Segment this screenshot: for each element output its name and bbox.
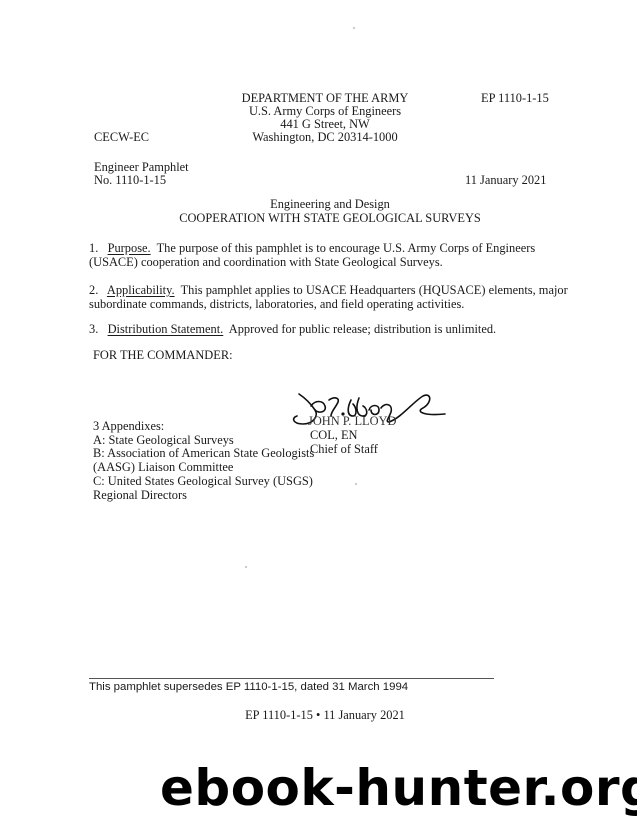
paragraph-purpose-line2: (USACE) cooperation and coordination wit… <box>89 255 443 269</box>
appendix-b-cont: (AASG) Liaison Committee <box>93 460 233 474</box>
agency-name: U.S. Army Corps of Engineers <box>200 104 450 118</box>
page-footer: EP 1110-1-15 • 11 January 2021 <box>200 708 450 722</box>
paragraph-heading: Purpose. <box>108 241 151 255</box>
paragraph-number: 3. <box>89 322 98 336</box>
paragraph-text: The purpose of this pamphlet is to encou… <box>157 241 536 255</box>
publication-date: 11 January 2021 <box>465 173 546 187</box>
paragraph-applicability-line2: subordinate commands, districts, laborat… <box>89 297 464 311</box>
department-name: DEPARTMENT OF THE ARMY <box>200 91 450 105</box>
pamphlet-label: Engineer Pamphlet <box>94 160 189 174</box>
paragraph-heading: Applicability. <box>107 283 175 297</box>
footer-rule <box>89 678 494 679</box>
paragraph-purpose: 1. Purpose. The purpose of this pamphlet… <box>89 241 535 255</box>
scan-speck <box>355 483 357 485</box>
paragraph-number: 2. <box>89 283 98 297</box>
watermark-text: ebook-hunter.org <box>160 758 637 818</box>
document-title: COOPERATION WITH STATE GEOLOGICAL SURVEY… <box>140 211 520 225</box>
scan-speck <box>245 566 247 568</box>
paragraph-heading: Distribution Statement. <box>108 322 224 336</box>
appendix-c-cont: Regional Directors <box>93 488 187 502</box>
scan-speck <box>353 27 355 29</box>
doc-number-header: EP 1110-1-15 <box>481 91 549 105</box>
signer-rank: COL, EN <box>310 428 358 442</box>
street-address: 441 G Street, NW <box>200 117 450 131</box>
signer-name: JOHN P. LLOYD <box>308 414 396 428</box>
subject-line: Engineering and Design <box>180 197 480 211</box>
paragraph-number: 1. <box>89 241 98 255</box>
appendix-a: A: State Geological Surveys <box>93 433 234 447</box>
signer-title: Chief of Staff <box>310 442 378 456</box>
appendix-b: B: Association of American State Geologi… <box>93 446 314 460</box>
city-address: Washington, DC 20314-1000 <box>200 130 450 144</box>
pamphlet-number: No. 1110-1-15 <box>94 173 166 187</box>
supersedes-note: This pamphlet supersedes EP 1110-1-15, d… <box>89 680 408 694</box>
appendixes-heading: 3 Appendixes: <box>93 419 164 433</box>
appendix-c: C: United States Geological Survey (USGS… <box>93 474 313 488</box>
closing-line: FOR THE COMMANDER: <box>93 348 233 362</box>
paragraph-text: This pamphlet applies to USACE Headquart… <box>181 283 568 297</box>
paragraph-distribution: 3. Distribution Statement. Approved for … <box>89 322 496 336</box>
paragraph-applicability: 2. Applicability. This pamphlet applies … <box>89 283 568 297</box>
paragraph-text: Approved for public release; distributio… <box>229 322 496 336</box>
office-symbol: CECW-EC <box>94 130 149 144</box>
